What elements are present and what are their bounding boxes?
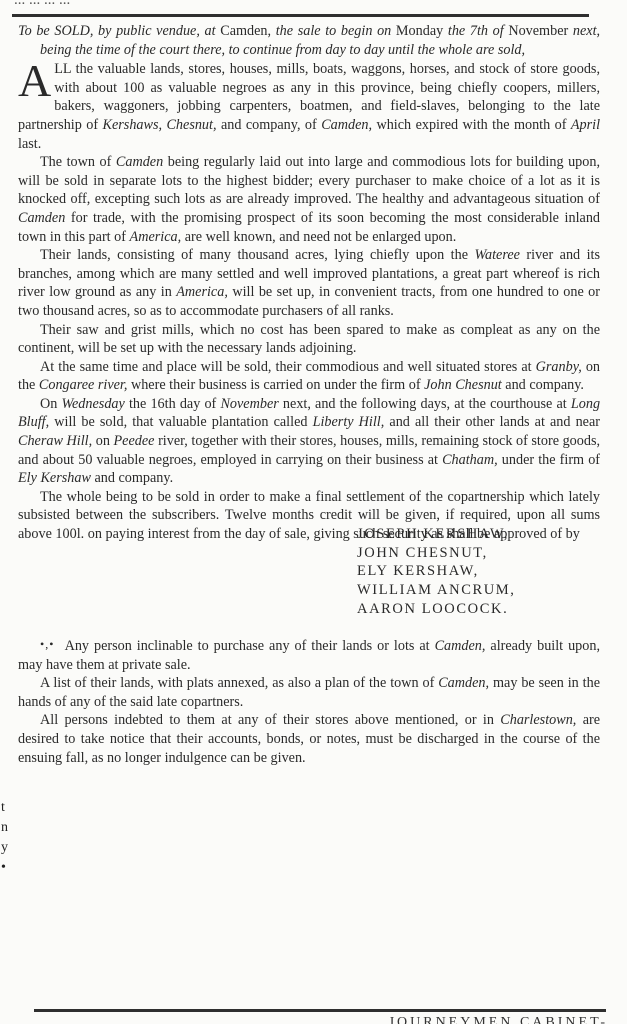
- margin-mark: y: [1, 840, 8, 856]
- signatory: JOSEPH KERSHAW,: [357, 525, 516, 544]
- month-name: November: [508, 23, 568, 39]
- paragraph-town-lots: The town of Camden being regularly laid …: [18, 153, 600, 246]
- drop-cap: A: [18, 63, 51, 99]
- paragraph-lands: Their lands, consisting of many thousand…: [18, 246, 600, 320]
- asterism-icon: •,•: [40, 637, 54, 651]
- signatory: WILLIAM ANCRUM,: [357, 581, 516, 600]
- margin-mark: •: [1, 860, 6, 876]
- paragraph-mills: Their saw and grist mills, which no cost…: [18, 321, 600, 358]
- ad-heading: To be SOLD, by public vendue, at Camden,…: [18, 22, 600, 59]
- signatory: ELY KERSHAW,: [357, 562, 516, 581]
- previous-column-fragment: ... ... ... ...: [14, 0, 614, 9]
- margin-mark: t: [1, 800, 5, 816]
- next-advertisement-fragment: JOURNEYMEN CABINET-: [40, 1012, 608, 1024]
- day-name: Monday: [396, 23, 443, 39]
- note-private-sale: •,• Any person inclinable to purchase an…: [18, 635, 600, 674]
- signatory: JOHN CHESNUT,: [357, 544, 516, 563]
- paragraph-granby-stores: At the same time and place will be sold,…: [18, 358, 600, 395]
- signatory-list: JOSEPH KERSHAW, JOHN CHESNUT, ELY KERSHA…: [357, 525, 516, 619]
- sale-advertisement: To be SOLD, by public vendue, at Camden,…: [18, 22, 600, 767]
- place-name: Camden,: [220, 23, 271, 39]
- top-divider-rule: [12, 14, 589, 17]
- note-debtors: All persons indebted to them at any of t…: [18, 711, 600, 767]
- paragraph-inventory: A LL the valuable lands, stores, houses,…: [18, 59, 600, 153]
- margin-mark: n: [1, 820, 8, 836]
- paragraph-long-bluff-sale: On Wednesday the 16th day of November ne…: [18, 395, 600, 488]
- signature-block: JOSEPH KERSHAW, JOHN CHESNUT, ELY KERSHA…: [18, 525, 600, 623]
- left-margin-fragments: t n y •: [0, 0, 14, 1024]
- newspaper-page: ... ... ... ... t n y • To be SOLD, by p…: [0, 0, 627, 1024]
- note-land-list: A list of their lands, with plats annexe…: [18, 674, 600, 711]
- signatory: AARON LOOCOCK.: [357, 600, 516, 619]
